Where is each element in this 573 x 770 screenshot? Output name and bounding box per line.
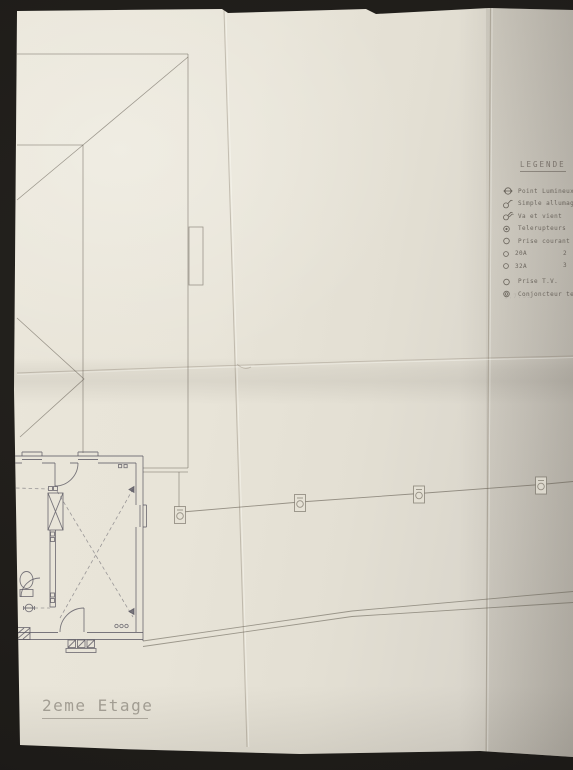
- title-underline: [42, 718, 148, 719]
- legend-item-label: 32A: [515, 263, 527, 270]
- legend-item-label: Simple allumage: [518, 200, 573, 207]
- balcony-markers: [66, 640, 96, 653]
- fold-creases: [17, 8, 573, 752]
- floor-title: 2eme Etage: [42, 696, 153, 715]
- legend-item-label: Prise courant 10: [518, 238, 573, 245]
- prise-tv-icon: [502, 277, 514, 287]
- room-plan: [15, 452, 147, 653]
- chimney-shaft: [189, 227, 203, 285]
- socket-symbol: [414, 486, 425, 503]
- legend-item: Simple allumage: [502, 200, 573, 209]
- pencil-note: 1.7.33: [504, 293, 532, 301]
- legend-item-label: Va et vient: [518, 213, 562, 220]
- prise-32a-icon: [502, 261, 511, 271]
- legend: LEGENDE Point Lumineux Simple allumage: [502, 152, 573, 303]
- legend-item-label: 20A: [515, 250, 527, 257]
- socket-circuit: [175, 477, 573, 524]
- va-et-vient-icon: [502, 211, 514, 221]
- photo-of-plan: LEGENDE Point Lumineux Simple allumage: [0, 0, 573, 770]
- title-block: 2eme Etage: [42, 696, 153, 719]
- prise-courant-icon: [502, 236, 514, 246]
- plan-drawing: [0, 0, 573, 770]
- legend-item: Va et vient: [502, 212, 573, 221]
- prise-20a-icon: [502, 249, 511, 259]
- legend-item-value: 3: [563, 262, 567, 269]
- legend-item: Point Lumineux: [502, 187, 573, 196]
- balcony-edge-lines: [143, 592, 573, 647]
- socket-symbol: [295, 495, 306, 512]
- legend-title: LEGENDE: [520, 160, 566, 172]
- door-swing-arc: [55, 463, 78, 486]
- legend-item-label: Point Lumineux: [518, 188, 573, 195]
- legend-item-label: Telerupteurs: [518, 225, 566, 232]
- simple-allumage-icon: [502, 199, 514, 209]
- light-point-symbol: [24, 604, 35, 612]
- legend-item: 32A 3: [502, 262, 573, 271]
- legend-item: Prise courant 10: [502, 237, 573, 246]
- telerupteur-icon: [502, 224, 514, 234]
- legend-item: Telerupteurs: [502, 225, 573, 234]
- wiring-dashed-lines: [16, 488, 133, 618]
- legend-item-value: 2: [563, 250, 567, 257]
- legend-item: 20A 2: [502, 250, 573, 259]
- socket-symbol: [536, 477, 547, 494]
- paper-sheet: LEGENDE Point Lumineux Simple allumage: [0, 0, 573, 770]
- building-roof-outline: [17, 54, 203, 508]
- point-lumineux-icon: [502, 186, 514, 196]
- socket-symbol: [175, 507, 186, 524]
- legend-item: Prise T.V.: [502, 278, 573, 287]
- legend-item-label: Prise T.V.: [518, 278, 558, 285]
